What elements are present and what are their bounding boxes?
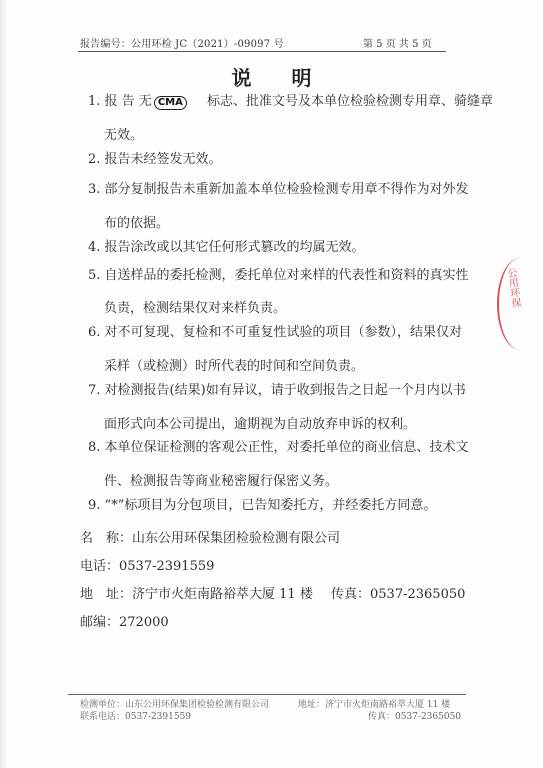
footer-phone: 联系电话：0537-2391559 [80, 709, 191, 722]
item-text: 对检测报告(结果)如有异议，请于收到报告之日起一个月内以书 [105, 383, 466, 398]
postcode-row: 邮编：272000 [80, 611, 169, 630]
footer-fax: 传真：0537-2365050 [368, 709, 461, 722]
cma-logo-icon: CMA [154, 96, 187, 110]
phone-label: 电话： [80, 559, 119, 574]
notice-item-8-cont: 件、检测报告等商业秘密履行保密义务。 [104, 470, 338, 489]
notice-item-5: 5. 自送样品的委托检测，委托单位对来样的代表性和资料的真实性 [88, 269, 469, 283]
item-number: 9. [88, 498, 100, 513]
phone-value: 0537-2391559 [119, 559, 214, 574]
item-text: 自送样品的委托检测，委托单位对来样的代表性和资料的真实性 [105, 268, 469, 283]
header-divider [78, 51, 446, 52]
report-number: 报告编号：公用环检 JC（2021）-09097 号 [80, 35, 284, 50]
phone-row: 电话：0537-2391559 [80, 555, 214, 574]
item-text: 部分复制报告未重新加盖本单位检验检测专用章不得作为对外发 [105, 182, 469, 197]
notice-item-7-cont: 面形式向本公司提出，逾期视为自动放弃申诉的权利。 [104, 413, 416, 432]
title-char-1: 说 [232, 62, 252, 91]
notice-item-3: 3. 部分复制报告未重新加盖本单位检验检测专用章不得作为对外发 [88, 183, 469, 197]
item-text: 标志、批准文号及本单位检验检测专用章、骑缝章 [207, 94, 493, 109]
postcode-value: 272000 [119, 615, 169, 630]
postcode-label: 邮编： [80, 615, 119, 630]
notice-item-3-cont: 布的依据。 [104, 212, 169, 231]
item-text: 报 告 无 [105, 94, 152, 109]
notice-item-2: 2. 报告未经签发无效。 [88, 153, 222, 167]
page-number: 第 5 页 共 5 页 [363, 35, 432, 50]
notice-item-8: 8. 本单位保证检测的客观公正性，对委托单位的商业信息、技术文 [88, 441, 469, 455]
item-number: 4. [88, 240, 100, 255]
fax-value: 0537-2365050 [370, 587, 465, 602]
footer-divider [68, 694, 466, 695]
item-text: 报告涂改或以其它任何形式篡改的均属无效。 [105, 240, 365, 255]
notice-item-1: 1. 报 告 无CMA 标志、批准文号及本单位检验检测专用章、骑缝章 [88, 95, 493, 110]
address-value: 济宁市火炬南路裕萃大厦 11 楼 [132, 587, 313, 602]
scan-edge-shadow [0, 0, 8, 768]
item-number: 6. [88, 325, 100, 340]
address-row: 地 址：济宁市火炬南路裕萃大厦 11 楼 [80, 583, 313, 602]
page-header: 报告编号：公用环检 JC（2021）-09097 号 第 5 页 共 5 页 [80, 33, 443, 49]
item-number: 7. [88, 383, 100, 398]
item-text: 对不可复现、复检和不可重复性试验的项目（参数），结果仅对 [105, 325, 463, 340]
address-label: 地 址： [80, 587, 132, 602]
item-number: 1. [88, 94, 100, 109]
company-name-value: 山东公用环保集团检验检测有限公司 [132, 531, 340, 546]
item-text: “*”标项目为分包项目，已告知委托方，并经委托方同意。 [105, 498, 437, 513]
company-name-row: 名 称：山东公用环保集团检验检测有限公司 [80, 527, 340, 546]
fax-row: 传真：0537-2365050 [331, 583, 465, 602]
item-number: 2. [88, 152, 100, 167]
notice-item-1-cont: 无效。 [104, 124, 143, 143]
item-text: 本单位保证检测的客观公正性，对委托单位的商业信息、技术文 [105, 440, 469, 455]
fax-label: 传真： [331, 587, 370, 602]
item-text: 报告未经签发无效。 [105, 152, 222, 167]
notice-item-6-cont: 采样（或检测）时所代表的时间和空间负责。 [104, 355, 364, 374]
title-char-2: 明 [292, 62, 312, 91]
notice-item-9: 9. “*”标项目为分包项目，已告知委托方，并经委托方同意。 [88, 499, 436, 513]
notice-item-5-cont: 负责，检测结果仅对来样负责。 [104, 297, 286, 316]
item-number: 8. [88, 440, 100, 455]
item-number: 3. [88, 182, 100, 197]
notice-item-4: 4. 报告涂改或以其它任何形式篡改的均属无效。 [88, 241, 365, 255]
notice-item-7: 7. 对检测报告(结果)如有异议，请于收到报告之日起一个月内以书 [88, 384, 466, 398]
page-title: 说明 [0, 62, 543, 91]
item-number: 5. [88, 268, 100, 283]
notice-item-6: 6. 对不可复现、复检和不可重复性试验的项目（参数），结果仅对 [88, 326, 462, 340]
company-name-label: 名 称： [80, 531, 132, 546]
